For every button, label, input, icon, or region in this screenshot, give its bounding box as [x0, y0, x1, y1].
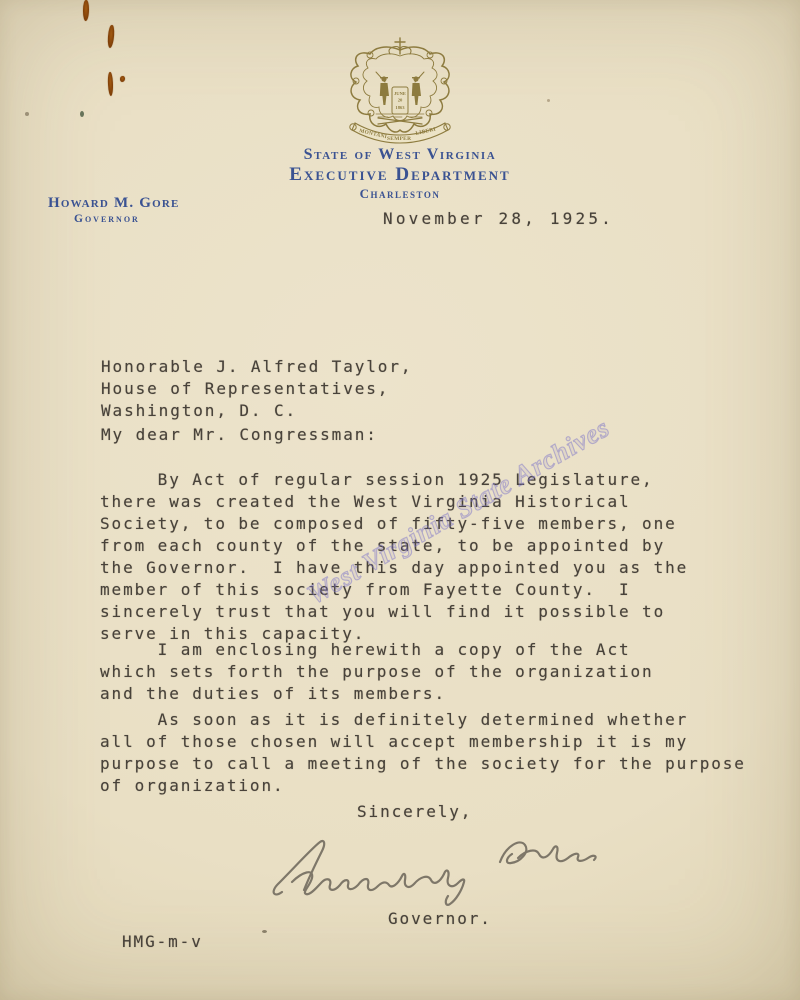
seal-stone-date-month: JUNE: [394, 91, 406, 96]
seal-ribbon: MONTANI SEMPER LIBERI: [350, 123, 450, 143]
seal-rifles: [378, 118, 422, 124]
ink-stain: [120, 76, 125, 82]
closing-line: Sincerely,: [357, 801, 472, 823]
signature-handwriting: [268, 832, 608, 912]
paper-speck: [262, 930, 267, 933]
paper-speck: [25, 112, 29, 116]
ink-stain: [107, 72, 113, 96]
signature-title-line: Governor.: [388, 908, 492, 930]
letterhead-department-line: Executive Department: [200, 164, 600, 186]
seal-stone-date-day: 20: [398, 98, 403, 103]
typist-initials: HMG-m-v: [122, 931, 203, 953]
state-seal: JUNE 20 1863 MONTANI SEMPER LIBERI: [344, 34, 456, 152]
ink-stain: [107, 25, 115, 48]
body-paragraph-2: I am enclosing herewith a copy of the Ac…: [100, 639, 770, 705]
seal-stone-date-year: 1863: [395, 105, 405, 110]
letterhead-state-line: State of West Virginia: [200, 146, 600, 164]
ink-stain: [83, 0, 89, 21]
date-line: November 28, 1925.: [383, 208, 614, 230]
paper-speck: [80, 111, 84, 117]
seal-farmer-figure: [380, 76, 389, 105]
body-paragraph-1: By Act of regular session 1925 Legislatu…: [100, 469, 770, 645]
paper-speck: [547, 99, 550, 102]
letterhead-official-title: Governor: [74, 213, 140, 225]
letterhead-official-name: Howard M. Gore: [48, 195, 268, 212]
body-paragraph-3: As soon as it is definitely determined w…: [100, 709, 780, 797]
recipient-address: Honorable J. Alfred Taylor, House of Rep…: [101, 356, 412, 422]
seal-miner-figure: [412, 76, 421, 105]
salutation: My dear Mr. Congressman:: [101, 424, 378, 446]
scanned-letter: JUNE 20 1863 MONTANI SEMPER LIBERI State…: [0, 0, 800, 1000]
seal-motto-word2: SEMPER: [387, 136, 411, 142]
